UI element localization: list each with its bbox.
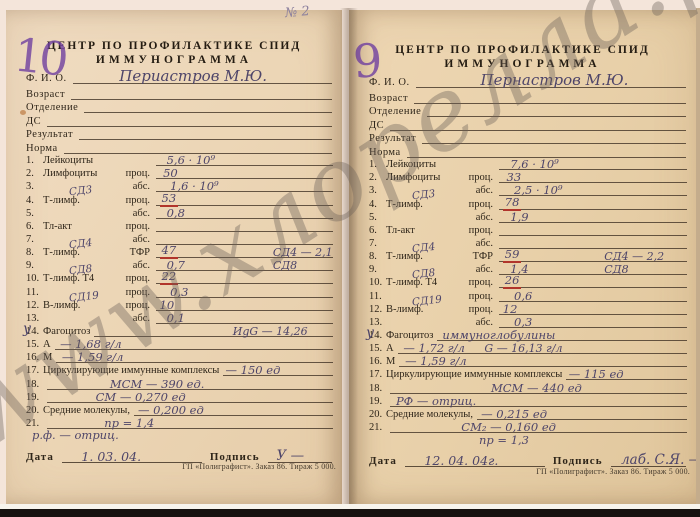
- row-sublabel: проц.: [469, 291, 493, 302]
- result-line: 59СД4 — 2,2: [499, 248, 687, 262]
- row-sublabel: абс.: [133, 208, 150, 219]
- form-field-row: Возраст: [26, 86, 332, 100]
- row-label-zone: абс.: [43, 258, 152, 271]
- cd-annotation: СД19: [411, 293, 442, 308]
- row-value: РФ — отриц.: [396, 394, 476, 408]
- scan-right-edge: [696, 8, 700, 505]
- result-line: 1,4СД8: [499, 261, 687, 275]
- result-line: 0,3: [499, 314, 687, 328]
- row-number: 4.: [26, 195, 43, 206]
- row-label-zone: Т-лимф.СД3проц.: [386, 196, 495, 209]
- row-value: СМ₂ — 0,160 ед: [461, 420, 556, 434]
- field-line: [414, 89, 686, 104]
- form-field-row: Результат: [26, 127, 332, 141]
- margin-mark: у: [366, 325, 374, 341]
- result-rows: 1.Лейкоциты5,6 · 10⁹2.Лимфоцитыпроц.503.…: [26, 153, 333, 429]
- immunogram-page-left: 10 ЦЕНТР ПО ПРОФИЛАКТИКЕ СПИД ИММУНОГРАМ…: [6, 10, 342, 504]
- row-sublabel: проц.: [469, 304, 493, 315]
- signature-line: лаб. С.Я. —: [611, 448, 686, 467]
- row-number: 17.: [369, 369, 386, 380]
- row-label: А: [43, 339, 51, 350]
- row-number: 11.: [26, 287, 43, 298]
- form-field-row: Возраст: [369, 90, 686, 104]
- form-field-row: ДС: [369, 117, 686, 131]
- print-shop-footer: ГП «Полиграфист». Заказ 86. Тираж 5 000.: [182, 462, 336, 471]
- fio-row: Ф. И. О. Пернастров М.Ю.: [369, 70, 686, 88]
- row-sublabel: проц.: [469, 225, 493, 236]
- row-number: 7.: [26, 234, 43, 245]
- row-label-zone: Тл-актпроц.: [386, 223, 495, 236]
- result-line: 0,6: [499, 287, 687, 301]
- field-line: [47, 112, 332, 127]
- result-line: 50: [156, 165, 333, 179]
- row-number: 10.: [26, 273, 43, 284]
- result-line: СМ₂ — 0,160 ед: [390, 419, 687, 433]
- fio-value: Периастров М.Ю.: [119, 67, 267, 85]
- result-line: — 1,59 г/л: [399, 353, 687, 367]
- row-label-zone: абс.: [43, 179, 152, 192]
- row-number: 3.: [369, 185, 386, 196]
- row-label-zone: абс.: [43, 206, 152, 219]
- result-rows: 1.Лейкоциты7,6 · 10⁹2.Лимфоцитыпроц.333.…: [369, 157, 687, 433]
- field-line: [79, 126, 332, 141]
- form-field-row: ДС: [26, 113, 332, 127]
- result-line: 5,6 · 10⁹: [156, 152, 333, 166]
- row-label: Тл-акт: [43, 221, 72, 232]
- row-label-zone: Т-лимф.СД4ТФР: [386, 249, 495, 262]
- row-sublabel: абс.: [476, 212, 493, 223]
- row-number: 16.: [26, 352, 43, 363]
- field-label: Возраст: [26, 89, 65, 100]
- signature-label: Подпись: [553, 455, 603, 467]
- row-label-zone: Лимфоцитыпроц.: [43, 166, 152, 179]
- field-label: ДС: [26, 116, 41, 127]
- row-label-zone: Т-лимф. Т4СД8проц.: [43, 271, 152, 284]
- print-shop-footer: ГП «Полиграфист». Заказ 86. Тираж 5 000.: [536, 467, 690, 476]
- field-line: [427, 103, 686, 118]
- row-value: — 1,59 г/л: [62, 350, 123, 364]
- row-sublabel: проц.: [126, 221, 150, 232]
- header-fields: ВозрастОтделениеДСРезультатНорма: [369, 90, 686, 158]
- row-number: 1.: [26, 155, 43, 166]
- row-sublabel: проц.: [126, 168, 150, 179]
- row-sublabel: ТФР: [130, 247, 150, 258]
- row-number: 15.: [26, 339, 43, 350]
- form-field-row: Отделение: [26, 100, 332, 114]
- field-label: ДС: [369, 120, 384, 131]
- row-value: — 1,59 г/л: [405, 354, 466, 368]
- row-number: 17.: [26, 365, 43, 376]
- fio-line: Периастров М.Ю.: [73, 65, 332, 84]
- date-label: Дата: [369, 455, 397, 467]
- result-line: иммуноглобулины: [437, 327, 687, 341]
- result-line: 1,9: [499, 209, 687, 223]
- result-line: 0,7СД8: [156, 257, 333, 271]
- margin-mark: у: [23, 321, 31, 337]
- row-sublabel: абс.: [133, 181, 150, 192]
- row-number: 5.: [369, 212, 386, 223]
- signature-line: У —: [268, 444, 332, 463]
- row-number: 20.: [369, 409, 386, 420]
- row-number: 19.: [26, 392, 43, 403]
- row-number: 20.: [26, 405, 43, 416]
- row-label-zone: абс.: [386, 210, 495, 223]
- result-line: — 0,200 ед: [134, 402, 333, 416]
- result-line: 2,5 · 10⁹: [499, 182, 687, 196]
- row-sublabel: проц.: [469, 277, 493, 288]
- row-sublabel: проц.: [126, 287, 150, 298]
- field-line: [71, 85, 332, 100]
- date-value: 1. 03. 04.: [81, 449, 141, 464]
- field-label: Норма: [26, 143, 58, 154]
- cd-annotation: СД4: [68, 237, 92, 251]
- result-line: [499, 222, 687, 236]
- date-label: Дата: [26, 451, 54, 463]
- result-line: 47СД4 — 2,1: [156, 244, 333, 258]
- result-line: — 1,68 г/л: [55, 336, 333, 350]
- cd-annotation: СД3: [411, 188, 435, 202]
- result-line: МСМ — 440 ед: [390, 379, 687, 393]
- page-number-stamp: 9: [352, 33, 380, 88]
- field-label: Норма: [369, 147, 401, 158]
- row-number: 2.: [369, 172, 386, 183]
- row-number: 8.: [26, 247, 43, 258]
- result-line: [499, 235, 687, 249]
- form-field-row: Отделение: [369, 104, 686, 118]
- row-sublabel: ТФР: [473, 251, 493, 262]
- result-line: — 115 ед: [566, 366, 687, 380]
- row-number: 18.: [26, 379, 43, 390]
- form-field-row: Результат: [369, 131, 686, 145]
- row-number: 5.: [26, 208, 43, 219]
- row-number: 9.: [26, 260, 43, 271]
- row-sublabel: абс.: [133, 260, 150, 271]
- row-label-zone: Т-лимф.СД3проц.: [43, 192, 152, 205]
- result-line: 0,3: [156, 283, 333, 297]
- row-number: 2.: [26, 168, 43, 179]
- row-label-zone: Тл-актпроц.: [43, 219, 152, 232]
- row-sublabel: проц.: [469, 199, 493, 210]
- result-line: 22: [156, 270, 333, 284]
- page-number-stamp: 10: [11, 28, 67, 87]
- result-line: СМ — 0,270 ед: [47, 389, 333, 403]
- result-line: [156, 218, 333, 232]
- result-line: 78: [499, 195, 687, 209]
- row-sublabel: абс.: [133, 234, 150, 245]
- row-number: 18.: [369, 383, 386, 394]
- result-line: пр = 1,4: [47, 415, 333, 429]
- result-line: — 0,215 ед: [477, 406, 687, 420]
- row-sublabel: проц.: [126, 300, 150, 311]
- row-label-zone: Лимфоцитыпроц.: [386, 170, 495, 183]
- row-number: 21.: [369, 422, 386, 433]
- row-label-zone: абс.: [386, 236, 495, 249]
- row-number: 10.: [369, 277, 386, 288]
- row-label-zone: абс.: [386, 262, 495, 275]
- result-line: — 150 ед: [223, 362, 333, 376]
- row-number: 12.: [26, 300, 43, 311]
- row-number: 9.: [369, 264, 386, 275]
- result-line: 12: [499, 301, 687, 315]
- extra-note: пр = 1,3: [479, 433, 529, 447]
- fio-row: Ф. И. О. Периастров М.Ю.: [26, 66, 332, 84]
- immunogram-page-right: 9 ЦЕНТР ПО ПРОФИЛАКТИКЕ СПИД ИММУНОГРАММ…: [349, 10, 696, 504]
- row-label-zone: Лейкоциты: [43, 153, 152, 166]
- row-number: 4.: [369, 199, 386, 210]
- fio-value: Пернастров М.Ю.: [480, 71, 628, 89]
- date-line: 1. 03. 04.: [62, 444, 202, 463]
- cd-annotation: СД19: [68, 289, 99, 304]
- row-label-zone: Т-лимф.СД4ТФР: [43, 245, 152, 258]
- row-label-zone: абс.: [43, 232, 152, 245]
- row-label-zone: абс.: [386, 183, 495, 196]
- date-signature-row: Дата 12. 04. 04г. Подпись лаб. С.Я. —: [369, 449, 686, 467]
- result-line: 0,1: [156, 310, 333, 324]
- result-line: 53: [156, 191, 333, 205]
- fio-line: Пернастров М.Ю.: [416, 69, 686, 88]
- row-number: 8.: [369, 251, 386, 262]
- row-number: 6.: [369, 225, 386, 236]
- extra-note: р.ф. — отриц.: [32, 428, 119, 442]
- date-signature-row: Дата 1. 03. 04. Подпись У —: [26, 445, 332, 463]
- field-label: Возраст: [369, 93, 408, 104]
- row-number: 7.: [369, 238, 386, 249]
- row-number: 6.: [26, 221, 43, 232]
- row-label: Лейкоциты: [386, 159, 436, 170]
- row-sublabel: абс.: [476, 264, 493, 275]
- row-sublabel: проц.: [126, 273, 150, 284]
- row-number: 15.: [369, 343, 386, 354]
- form-title: ЦЕНТР ПО ПРОФИЛАКТИКЕ СПИД: [349, 44, 696, 56]
- row-label: Лимфоциты: [43, 168, 97, 179]
- row-number: 3.: [26, 181, 43, 192]
- row-number: 12.: [369, 304, 386, 315]
- cd-annotation: СД4: [411, 241, 435, 255]
- form-row: 21.пр = 1,4: [26, 416, 333, 429]
- row-number: 16.: [369, 356, 386, 367]
- row-label-zone: В-лимф.СД19проц.: [43, 298, 152, 311]
- signature-value: лаб. С.Я. —: [621, 452, 700, 468]
- result-line: 7,6 · 10⁹: [499, 156, 687, 170]
- row-sublabel: абс.: [476, 185, 493, 196]
- date-value: 12. 04. 04г.: [424, 453, 498, 468]
- result-line: 0,8: [156, 205, 333, 219]
- result-line: 33: [499, 169, 687, 183]
- date-line: 12. 04. 04г.: [405, 448, 545, 467]
- field-line: [422, 130, 686, 145]
- row-number: 11.: [369, 291, 386, 302]
- paper-blemish: [20, 110, 26, 115]
- row-label-zone: Т-лимф. Т4СД8проц.: [386, 275, 495, 288]
- scan-bottom-black-bar: [0, 509, 700, 517]
- result-line: [156, 231, 333, 245]
- pencil-page-note: № 2: [284, 4, 310, 21]
- row-label: Тл-акт: [386, 225, 415, 236]
- form-row: 21.СМ₂ — 0,160 ед: [369, 420, 687, 433]
- result-line: РФ — отриц.: [390, 393, 687, 407]
- row-sublabel: проц.: [469, 172, 493, 183]
- row-label: Лейкоциты: [43, 155, 93, 166]
- field-line: [84, 99, 332, 114]
- row-number: 1.: [369, 159, 386, 170]
- row-label: А: [386, 343, 394, 354]
- cd-annotation: СД3: [68, 184, 92, 198]
- row-label-zone: В-лимф.СД19проц.: [386, 302, 495, 315]
- field-line: [390, 116, 686, 131]
- result-line: ИgG — 14,26: [94, 323, 333, 337]
- result-line: 1,6 · 10⁹: [156, 178, 333, 192]
- result-line: МСМ — 390 ед.: [47, 375, 333, 389]
- row-sublabel: проц.: [126, 195, 150, 206]
- row-label: М: [386, 356, 395, 367]
- result-line: 26: [499, 274, 687, 288]
- header-fields: ВозрастОтделениеДСРезультатНорма: [26, 86, 332, 154]
- row-label-zone: Лейкоциты: [386, 157, 495, 170]
- row-label: М: [43, 352, 52, 363]
- row-label: Лимфоциты: [386, 172, 440, 183]
- result-line: — 1,59 г/л: [56, 349, 333, 363]
- row-number: 19.: [369, 396, 386, 407]
- row-sublabel: абс.: [476, 238, 493, 249]
- result-line: — 1,72 г/лG — 16,13 г/л: [398, 340, 687, 354]
- result-line: 10: [156, 297, 333, 311]
